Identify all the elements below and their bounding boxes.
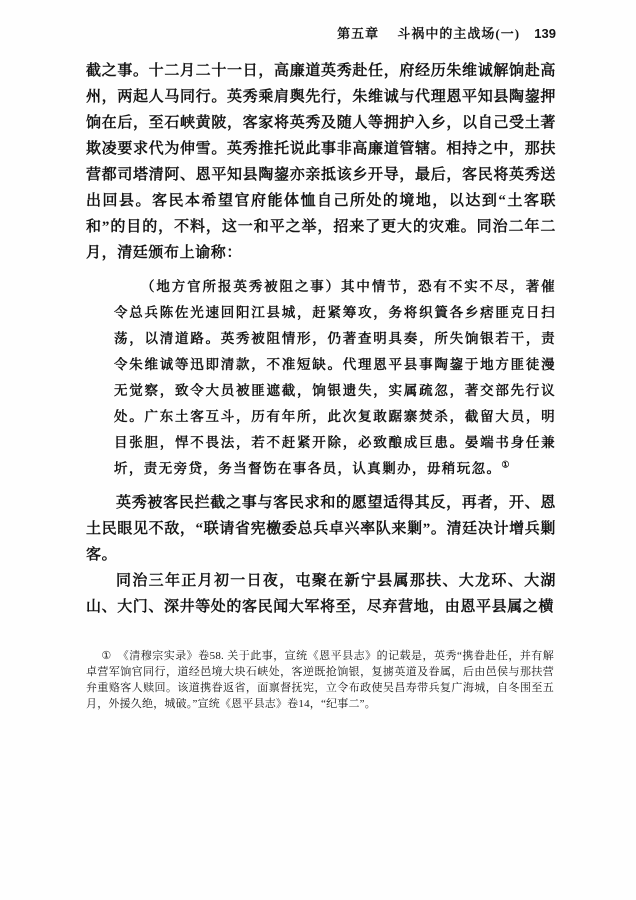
- chapter-title: 斗祸中的主战场(一): [397, 26, 520, 41]
- body-text: 截之事。十二月二十一日，高廉道英秀赴任，府经历朱维诚解饷赴高州，两起人马同行。英…: [86, 58, 556, 620]
- book-page: 第五章 斗祸中的主战场(一) 139 截之事。十二月二十一日，高廉道英秀赴任，府…: [0, 0, 636, 900]
- footnote-ref-marker: ①: [501, 460, 510, 470]
- running-header: 第五章 斗祸中的主战场(一) 139: [0, 0, 636, 42]
- edict-quote-block: （地方官所报英秀被阻之事）其中情节，恐有不实不尽，著催令总兵陈佐光速回阳江县城，…: [114, 274, 556, 482]
- paragraph-continuation: 截之事。十二月二十一日，高廉道英秀赴任，府经历朱维诚解饷赴高州，两起人马同行。英…: [86, 58, 556, 266]
- footnote-text: 《清穆宗实录》卷58. 关于此事，宣统《恩平县志》的记载是，英秀“携眷赴任，并有…: [86, 650, 554, 710]
- paragraph: 同治三年正月初一日夜，屯聚在新宁县属那扶、大龙环、大湖山、大门、深井等处的客民闻…: [86, 568, 556, 620]
- chapter-label: 第五章: [337, 26, 379, 41]
- quote-text: （地方官所报英秀被阻之事）其中情节，恐有不实不尽，著催令总兵陈佐光速回阳江县城，…: [114, 279, 556, 476]
- footnote-marker: ①: [101, 650, 111, 662]
- page-number: 139: [534, 26, 556, 41]
- paragraph: 英秀被客民拦截之事与客民求和的愿望适得其反，再者，开、恩土民眼见不敌，“联请省宪…: [86, 490, 556, 568]
- footnote: ①《清穆宗实录》卷58. 关于此事，宣统《恩平县志》的记载是，英秀“携眷赴任，并…: [86, 648, 554, 712]
